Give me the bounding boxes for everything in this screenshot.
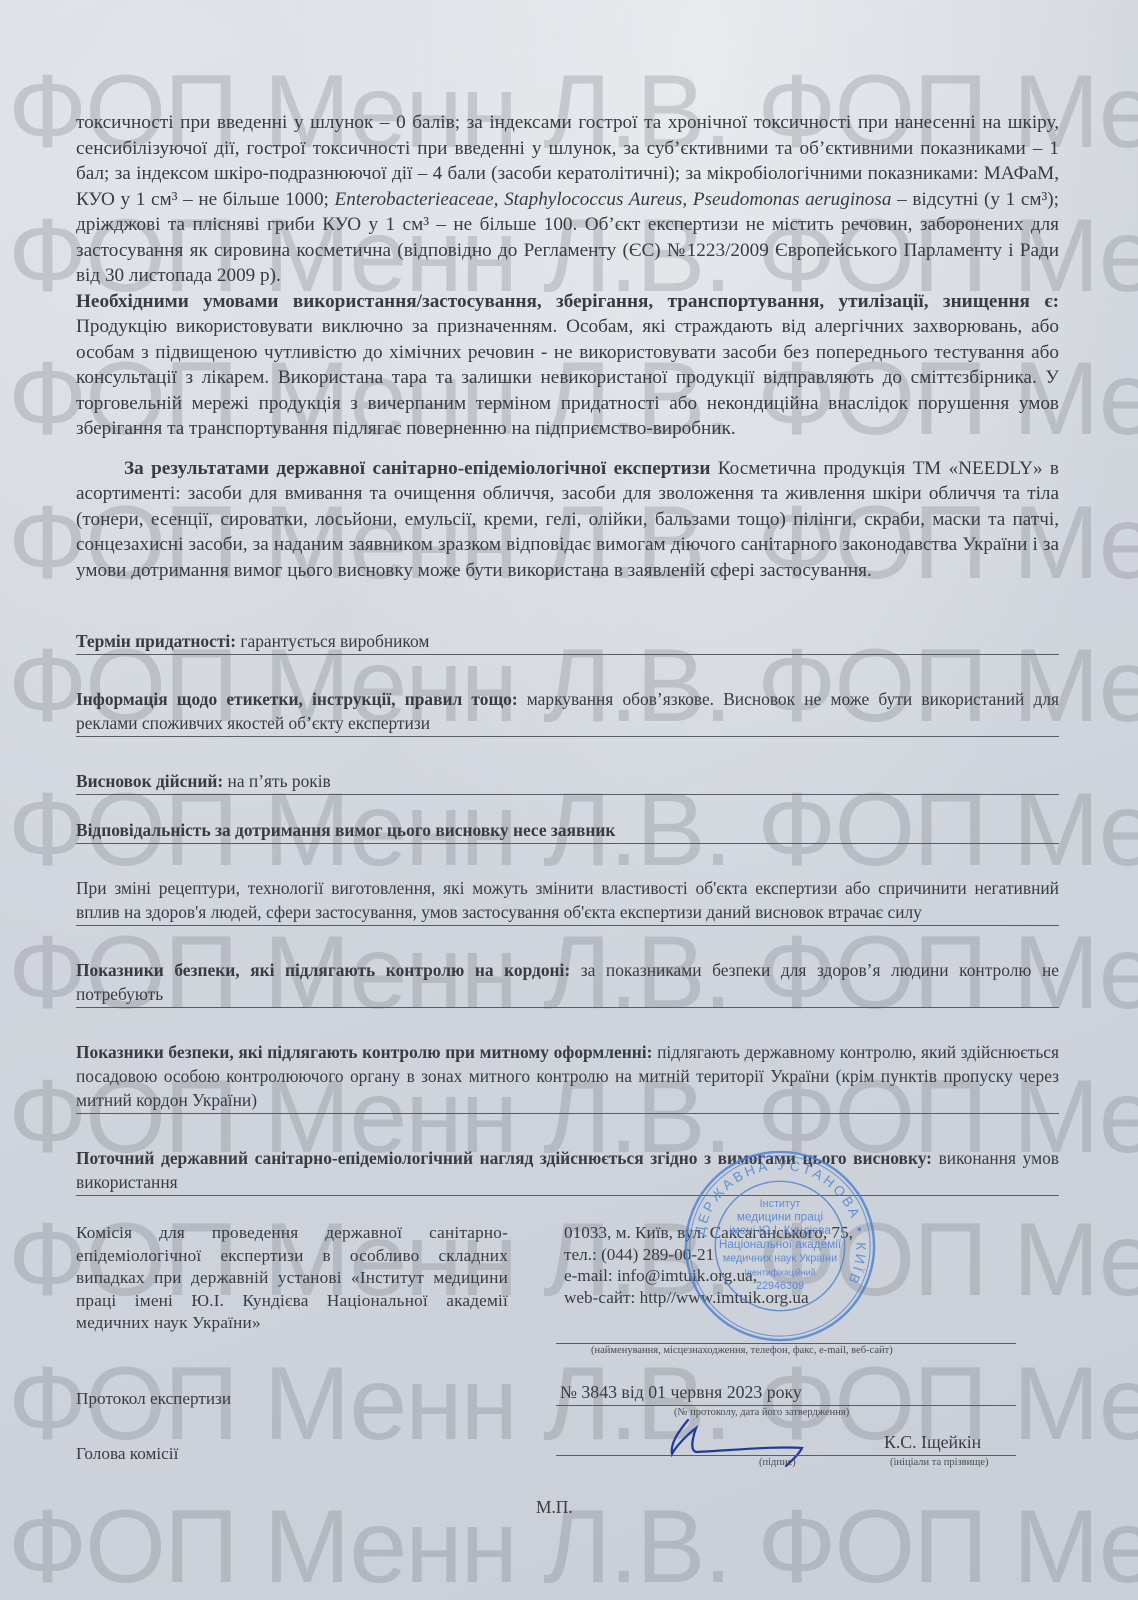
section-label: Висновок дійсний:	[76, 771, 223, 791]
section-validity: Висновок дійсний: на п’ять років	[76, 769, 1059, 795]
section-label: Інформація щодо етикетки, інструкції, пр…	[76, 689, 518, 709]
section-border-control: Показники безпеки, які підлягають контро…	[76, 958, 1059, 1008]
svg-text:Інститут: Інститут	[760, 1198, 801, 1210]
commission-name: Комісія для проведення державної санітар…	[76, 1222, 508, 1335]
section-shelf-life: Термін придатності: гарантується виробни…	[76, 629, 1059, 655]
section-supervision: Поточний державний санітарно-епідеміолог…	[76, 1146, 1059, 1196]
chair-underline	[556, 1455, 1016, 1456]
svg-text:Національної академії: Національної академії	[719, 1238, 842, 1251]
section-label: Термін придатності:	[76, 631, 236, 651]
conditions-text: Продукцію використовувати виключно за пр…	[76, 316, 1059, 439]
protocol-value: № 3843 від 01 червня 2023 року	[560, 1382, 802, 1403]
section-value: на п’ять років	[223, 771, 331, 791]
signature-icon	[626, 1410, 826, 1470]
seal-place: М.П.	[536, 1497, 573, 1518]
section-label-info: Інформація щодо етикетки, інструкції, пр…	[76, 687, 1059, 737]
signature-caption: (підпис)	[759, 1457, 796, 1468]
svg-text:медичних наук України: медичних наук України	[723, 1253, 837, 1265]
protocol-label: Протокол експертизи	[76, 1389, 231, 1409]
signature-block: Комісія для проведення державної санітар…	[76, 1222, 1059, 1552]
chair-label: Голова комісії	[76, 1444, 178, 1464]
intro-paragraph: токсичності при введенні у шлунок – 0 ба…	[76, 110, 1059, 289]
conditions-paragraph: Необхідними умовами використання/застосу…	[76, 289, 1059, 442]
chair-name: К.С. Іщейкін	[884, 1432, 981, 1453]
section-responsibility: Відповідальність за дотримання вимог цьо…	[76, 818, 1059, 844]
section-label: Показники безпеки, які підлягають контро…	[76, 960, 570, 980]
svg-text:Ідентифікаційний: Ідентифікаційний	[744, 1267, 815, 1277]
contact-caption: (найменування, місцезнаходження, телефон…	[591, 1345, 893, 1356]
name-caption: (ініціали та прізвище)	[890, 1457, 988, 1468]
section-value: При зміні рецептури, технології виготовл…	[76, 878, 1059, 922]
conditions-heading: Необхідними умовами використання/застосу…	[76, 291, 1059, 312]
results-heading: За результатами державної санітарно-епід…	[124, 458, 710, 479]
results-paragraph: За результатами державної санітарно-епід…	[76, 456, 1059, 584]
svg-text:22946309: 22946309	[756, 1280, 804, 1292]
section-label: Показники безпеки, які підлягають контро…	[76, 1042, 652, 1062]
section-customs-control: Показники безпеки, які підлягають контро…	[76, 1040, 1059, 1114]
official-stamp-icon: ДЕРЖАВНА УСТАНОВА • КИЇВ Інститутмедицин…	[682, 1148, 878, 1344]
section-value: гарантується виробником	[236, 631, 429, 651]
svg-text:імені Ю.І. Кундієва: імені Ю.І. Кундієва	[729, 1224, 831, 1237]
organisms-italic: Enterobacterieaceae, Staphylococcus Aure…	[335, 189, 892, 210]
document-page: токсичності при введенні у шлунок – 0 ба…	[76, 110, 1059, 1552]
section-changes: При зміні рецептури, технології виготовл…	[76, 876, 1059, 926]
section-label: Відповідальність за дотримання вимог цьо…	[76, 820, 615, 840]
protocol-underline	[556, 1405, 1016, 1406]
svg-text:медицини праці: медицини праці	[737, 1211, 823, 1224]
